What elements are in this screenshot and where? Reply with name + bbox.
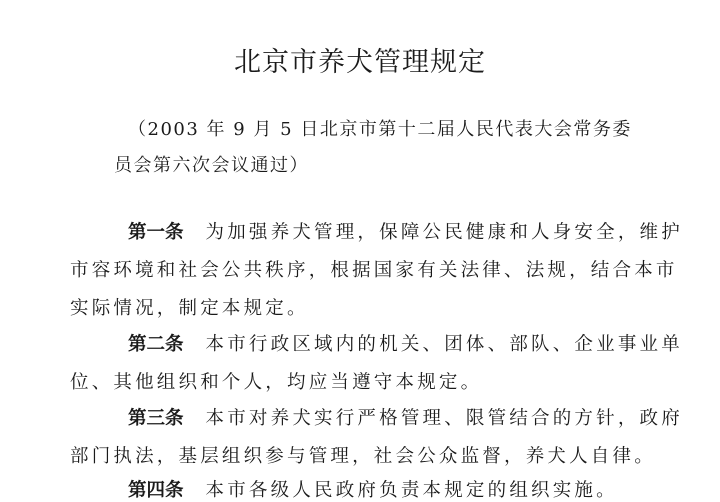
subtitle-line: 员会第六次会议通过） bbox=[114, 148, 608, 184]
article-label: 第一条 bbox=[128, 222, 184, 243]
article-1: 第一条为加强养犬管理，保障公民健康和人身安全，维护 市容环境和社会公共秩序，根据… bbox=[100, 214, 640, 328]
document-title: 北京市养犬管理规定 bbox=[0, 40, 720, 79]
subtitle-line: （2003 年 9 月 5 日北京市第十二届人民代表大会常务委 bbox=[128, 112, 608, 148]
article-text: 本市各级人民政府负责本规定的组织实施。 bbox=[206, 480, 618, 501]
article-2: 第二条本市行政区域内的机关、团体、部队、企业事业单 位、其他组织和个人，均应当遵… bbox=[100, 326, 640, 402]
article-text: 位、其他组织和个人，均应当遵守本规定。 bbox=[70, 364, 640, 402]
article-text: 本市对养犬实行严格管理、限管结合的方针，政府 bbox=[206, 408, 683, 429]
article-3: 第三条本市对养犬实行严格管理、限管结合的方针，政府 部门执法，基层组织参与管理，… bbox=[100, 400, 640, 476]
article-text: 为加强养犬管理，保障公民健康和人身安全，维护 bbox=[206, 222, 683, 243]
document-subtitle: （2003 年 9 月 5 日北京市第十二届人民代表大会常务委 员会第六次会议通… bbox=[128, 112, 608, 184]
article-4: 第四条本市各级人民政府负责本规定的组织实施。 bbox=[100, 472, 640, 502]
article-text: 实际情况，制定本规定。 bbox=[70, 290, 640, 328]
article-label: 第三条 bbox=[128, 408, 184, 429]
article-text: 市容环境和社会公共秩序，根据国家有关法律、法规，结合本市 bbox=[70, 252, 640, 290]
article-label: 第二条 bbox=[128, 334, 184, 355]
article-text: 部门执法，基层组织参与管理，社会公众监督，养犬人自律。 bbox=[70, 438, 640, 476]
article-text: 本市行政区域内的机关、团体、部队、企业事业单 bbox=[206, 334, 683, 355]
article-label: 第四条 bbox=[128, 480, 184, 501]
